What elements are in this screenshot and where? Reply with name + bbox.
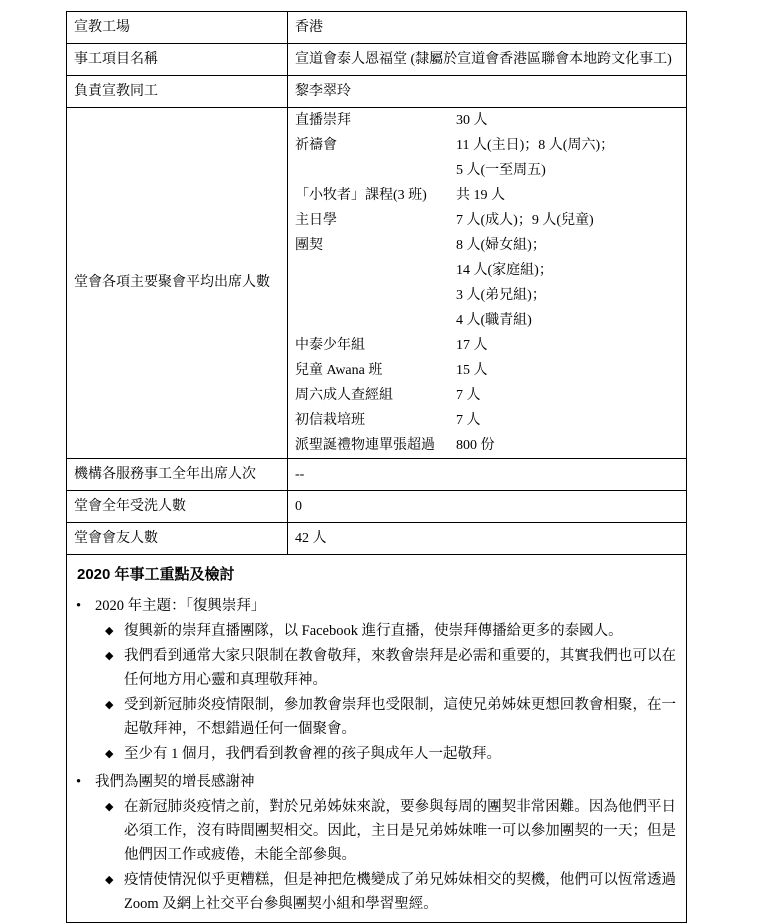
sub-bullet-text: 復興新的崇拜直播團隊，以 Facebook 進行直播，使崇拜傳播給更多的泰國人。 [124, 619, 676, 643]
attendance-line: 14 人(家庭組)； [295, 258, 686, 283]
attendance-name [295, 308, 456, 333]
attendance-name: 直播崇拜 [295, 108, 456, 133]
table-row: 機構各服務事工全年出席人次 -- [67, 459, 686, 491]
attendance-value: 5 人(一至周五) [456, 158, 686, 183]
attendance-line: 5 人(一至周五) [295, 158, 686, 183]
row-label: 堂會各項主要聚會平均出席人數 [67, 108, 288, 458]
row-value: 宣道會泰人恩福堂 (隸屬於宣道會香港區聯會本地跨文化事工) [288, 44, 686, 75]
bullet-text: 2020 年主題：「復興崇拜」 [95, 594, 676, 618]
attendance-name: 兒童 Awana 班 [295, 358, 456, 383]
attendance-value: 8 人(婦女組)； [456, 233, 686, 258]
attendance-line: 3 人(弟兄組)； [295, 283, 686, 308]
table-row: 堂會全年受洗人數 0 [67, 491, 686, 523]
attendance-value: 11 人(主日)；8 人(周六)； [456, 133, 686, 158]
row-label: 事工項目名稱 [67, 44, 288, 75]
attendance-line: 祈禱會11 人(主日)；8 人(周六)； [295, 133, 686, 158]
sub-bullet-text: 受到新冠肺炎疫情限制，參加教會崇拜也受限制，這使兄弟姊妹更想回教會相聚，在一起敬… [124, 693, 676, 741]
sub-bullet-text: 在新冠肺炎疫情之前，對於兄弟姊妹來說，要參與每周的團契非常困難。因為他們平日必須… [124, 795, 676, 867]
attendance-value: 14 人(家庭組)； [456, 258, 686, 283]
attendance-name: 周六成人查經組 [295, 383, 456, 408]
table-row-attendance: 堂會各項主要聚會平均出席人數 直播崇拜30 人 祈禱會11 人(主日)；8 人(… [67, 108, 686, 459]
attendance-name: 派聖誕禮物連單張超過 [295, 433, 456, 458]
attendance-name: 主日學 [295, 208, 456, 233]
attendance-value: 17 人 [456, 333, 686, 358]
attendance-line: 初信栽培班7 人 [295, 408, 686, 433]
sub-bullet-text: 至少有 1 個月，我們看到教會裡的孩子與成年人一起敬拜。 [124, 742, 676, 766]
attendance-line: 主日學7 人(成人)；9 人(兒童) [295, 208, 686, 233]
row-value: -- [288, 459, 686, 490]
row-value: 42 人 [288, 523, 686, 554]
row-label: 堂會會友人數 [67, 523, 288, 554]
attendance-value: 4 人(職青組) [456, 308, 686, 333]
bullet-text: 我們為團契的增長感謝神 [95, 770, 676, 794]
table-row: 負責宣教同工 黎李翠玲 [67, 76, 686, 108]
attendance-line: 周六成人查經組7 人 [295, 383, 686, 408]
attendance-value: 15 人 [456, 358, 686, 383]
sub-bullet-item: ◆ 我們看到通常大家只限制在教會敬拜，來教會崇拜是必需和重要的，其實我們也可以在… [76, 644, 676, 692]
row-value: 0 [288, 491, 686, 522]
row-label: 宣教工場 [67, 12, 288, 43]
attendance-value: 共 19 人 [456, 183, 686, 208]
attendance-name: 團契 [295, 233, 456, 258]
row-value: 香港 [288, 12, 686, 43]
attendance-list: 直播崇拜30 人 祈禱會11 人(主日)；8 人(周六)； 5 人(一至周五) … [295, 108, 686, 458]
attendance-line: 4 人(職青組) [295, 308, 686, 333]
review-heading: 2020 年事工重點及檢討 [77, 563, 676, 587]
attendance-value: 7 人 [456, 383, 686, 408]
sub-bullet-text: 我們看到通常大家只限制在教會敬拜，來教會崇拜是必需和重要的，其實我們也可以在任何… [124, 644, 676, 692]
diamond-icon: ◆ [105, 742, 124, 766]
sub-bullet-item: ◆ 受到新冠肺炎疫情限制，參加教會崇拜也受限制，這使兄弟姊妹更想回教會相聚，在一… [76, 693, 676, 741]
attendance-name: 祈禱會 [295, 133, 456, 158]
diamond-icon: ◆ [105, 693, 124, 741]
bullet-item: • 2020 年主題：「復興崇拜」 [76, 594, 676, 618]
bullet-item: • 我們為團契的增長感謝神 [76, 770, 676, 794]
row-label: 機構各服務事工全年出席人次 [67, 459, 288, 490]
diamond-icon: ◆ [105, 795, 124, 867]
table-row: 堂會會友人數 42 人 [67, 523, 686, 555]
row-value: 黎李翠玲 [288, 76, 686, 107]
sub-bullet-text: 疫情使情況似乎更糟糕，但是神把危機變成了弟兄姊妹相交的契機，他們可以恆常透過 Z… [124, 868, 676, 916]
attendance-name: 初信栽培班 [295, 408, 456, 433]
attendance-line: 「小牧者」課程(3 班)共 19 人 [295, 183, 686, 208]
bullet-icon: • [76, 770, 95, 794]
attendance-line: 團契8 人(婦女組)； [295, 233, 686, 258]
table-row: 事工項目名稱 宣道會泰人恩福堂 (隸屬於宣道會香港區聯會本地跨文化事工) [67, 44, 686, 76]
row-label: 堂會全年受洗人數 [67, 491, 288, 522]
mission-report-table: 宣教工場 香港 事工項目名稱 宣道會泰人恩福堂 (隸屬於宣道會香港區聯會本地跨文… [66, 11, 687, 923]
diamond-icon: ◆ [105, 644, 124, 692]
attendance-line: 兒童 Awana 班15 人 [295, 358, 686, 383]
sub-bullet-item: ◆ 至少有 1 個月，我們看到教會裡的孩子與成年人一起敬拜。 [76, 742, 676, 766]
bullet-icon: • [76, 594, 95, 618]
diamond-icon: ◆ [105, 619, 124, 643]
attendance-name [295, 158, 456, 183]
attendance-line: 直播崇拜30 人 [295, 108, 686, 133]
attendance-value: 30 人 [456, 108, 686, 133]
review-section: 2020 年事工重點及檢討 • 2020 年主題：「復興崇拜」 ◆ 復興新的崇拜… [67, 555, 686, 922]
attendance-value: 3 人(弟兄組)； [456, 283, 686, 308]
attendance-line: 派聖誕禮物連單張超過800 份 [295, 433, 686, 458]
attendance-name [295, 283, 456, 308]
attendance-line: 中泰少年組17 人 [295, 333, 686, 358]
attendance-name: 中泰少年組 [295, 333, 456, 358]
attendance-cell: 直播崇拜30 人 祈禱會11 人(主日)；8 人(周六)； 5 人(一至周五) … [288, 108, 686, 458]
diamond-icon: ◆ [105, 868, 124, 916]
attendance-value: 7 人 [456, 408, 686, 433]
attendance-name [295, 258, 456, 283]
sub-bullet-item: ◆ 在新冠肺炎疫情之前，對於兄弟姊妹來說，要參與每周的團契非常困難。因為他們平日… [76, 795, 676, 867]
row-label: 負責宣教同工 [67, 76, 288, 107]
attendance-value: 7 人(成人)；9 人(兒童) [456, 208, 686, 233]
attendance-value: 800 份 [456, 433, 686, 458]
sub-bullet-item: ◆ 復興新的崇拜直播團隊，以 Facebook 進行直播，使崇拜傳播給更多的泰國… [76, 619, 676, 643]
attendance-name: 「小牧者」課程(3 班) [295, 183, 456, 208]
sub-bullet-item: ◆ 疫情使情況似乎更糟糕，但是神把危機變成了弟兄姊妹相交的契機，他們可以恆常透過… [76, 868, 676, 916]
table-row: 宣教工場 香港 [67, 12, 686, 44]
